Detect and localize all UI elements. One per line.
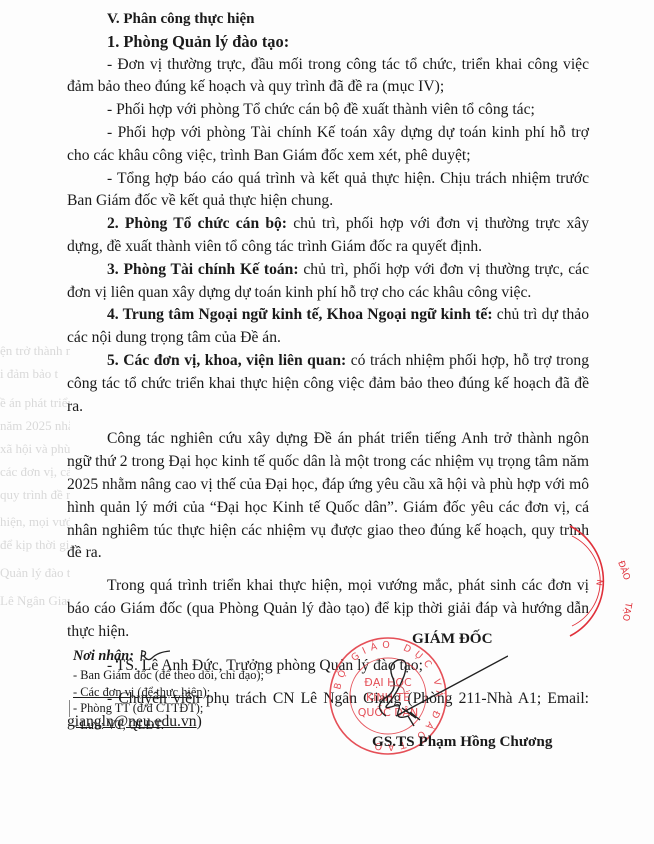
unit-paragraph-4: 4. Trung tâm Ngoại ngữ kinh tế, Khoa Ngo… bbox=[67, 304, 589, 350]
unit-1-item: - Tổng hợp báo cáo quá trình và kết quả … bbox=[67, 168, 589, 214]
bleed-through-text: i đảm bảo t bbox=[0, 366, 70, 382]
bleed-through-text: Lê Ngân Giang bbox=[0, 593, 70, 609]
bleed-through-text: để kịp thời gi bbox=[0, 537, 70, 553]
recipient-item: - Lưu: VT, QLĐT. bbox=[73, 717, 264, 734]
bleed-through-text: hiện, mọi vướng bbox=[0, 514, 70, 530]
bleed-through-text: các đơn vị, cá bbox=[0, 464, 70, 480]
unit-1-item: - Phối hợp với phòng Tổ chức cán bộ đề x… bbox=[67, 99, 589, 122]
signature-title: GIÁM ĐỐC bbox=[412, 630, 493, 648]
unit-paragraph-2: 2. Phòng Tổ chức cán bộ: chủ trì, phối h… bbox=[67, 213, 589, 259]
unit-paragraph-5: 5. Các đơn vị, khoa, viện liên quan: có … bbox=[67, 350, 589, 418]
svg-text:N: N bbox=[595, 579, 605, 586]
bleed-through-text: năm 2025 nhằ bbox=[0, 418, 70, 434]
bleed-through-text: ện trở thành n bbox=[0, 343, 70, 359]
unit-heading-4: 4. Trung tâm Ngoại ngữ kinh tế, Khoa Ngo… bbox=[107, 306, 493, 323]
unit-heading-5: 5. Các đơn vị, khoa, viện liên quan: bbox=[107, 352, 346, 369]
recipient-item: - Các đơn vị (để thực hiện); bbox=[73, 684, 264, 701]
svg-text:ĐÀO: ĐÀO bbox=[615, 559, 633, 582]
unit-heading-2: 2. Phòng Tổ chức cán bộ: bbox=[107, 215, 287, 232]
unit-heading-1: 1. Phòng Quản lý đào tạo: bbox=[67, 31, 589, 54]
recipients-list: - Ban Giám đốc (để theo dõi, chỉ đạo); -… bbox=[73, 667, 264, 734]
recipients-label: Nơi nhận: bbox=[73, 648, 134, 665]
svg-text:TẠO: TẠO bbox=[620, 600, 633, 621]
recipient-item: - Phòng TT (đ/đ CTTĐT); bbox=[69, 700, 264, 717]
unit-1-item: - Phối hợp với phòng Tài chính Kế toán x… bbox=[67, 122, 589, 168]
bleed-through-text: xã hội và phù bbox=[0, 441, 70, 457]
closing-paragraph-1: Công tác nghiên cứu xây dựng Đề án phát … bbox=[67, 428, 589, 565]
signatory-name: GS.TS Phạm Hồng Chương bbox=[372, 733, 552, 751]
recipient-item: - Ban Giám đốc (để theo dõi, chỉ đạo); bbox=[73, 667, 264, 684]
bleed-through-text: ề án phát triển bbox=[0, 395, 70, 411]
bleed-through-text: quy trình đề ra. bbox=[0, 487, 70, 503]
bleed-through-text: Quản lý đào tạo; bbox=[0, 565, 70, 581]
section-title: V. Phân công thực hiện bbox=[67, 8, 589, 31]
closing-paragraph-2: Trong quá trình triển khai thực hiện, mọ… bbox=[67, 575, 589, 643]
unit-1-item: - Đơn vị thường trực, đầu mối trong công… bbox=[67, 54, 589, 100]
unit-heading-3: 3. Phòng Tài chính Kế toán: bbox=[107, 261, 299, 278]
recipients-block: Nơi nhận: - Ban Giám đốc (để theo dõi, c… bbox=[73, 648, 264, 734]
unit-paragraph-3: 3. Phòng Tài chính Kế toán: chủ trì, phố… bbox=[67, 259, 589, 305]
document-body: V. Phân công thực hiện 1. Phòng Quản lý … bbox=[67, 8, 589, 734]
initial-signature-icon bbox=[138, 648, 172, 664]
document-page: ện trở thành n i đảm bảo t ề án phát tri… bbox=[0, 0, 654, 844]
